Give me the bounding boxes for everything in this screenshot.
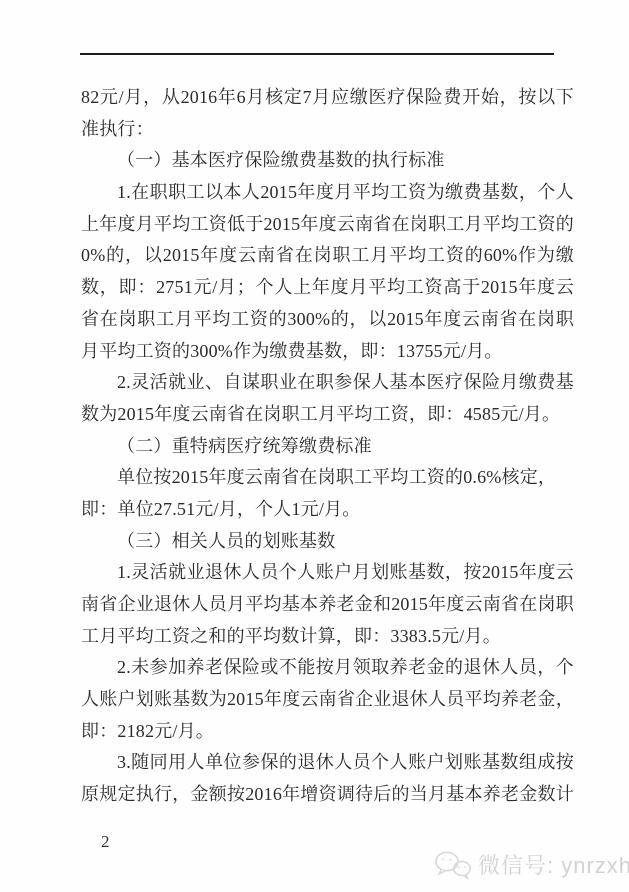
document-line: 1.在职职工以本人2015年度月平均工资为缴费基数，个人: [81, 177, 574, 209]
document-line: 即：2182元/月。: [81, 716, 574, 748]
document-line: 数为2015年度云南省在岗职工月平均工资，即：4585元/月。: [81, 399, 574, 431]
document-line: 工月平均工资之和的平均数计算，即：3383.5元/月。: [81, 621, 574, 653]
document-line: 3.随同用人单位参保的退休人员个人账户划账基数组成按: [81, 747, 574, 779]
document-line: 南省企业退休人员月平均基本养老金和2015年度云南省在岗职: [81, 589, 574, 621]
wechat-icon: [434, 850, 472, 880]
document-line: 上年度月平均工资低于2015年度云南省在岗职工月平均工资的6: [81, 209, 574, 241]
document-line: （一）基本医疗保险缴费基数的执行标准: [81, 145, 574, 177]
document-line: 原规定执行，金额按2016年增资调待后的当月基本养老金数计: [81, 779, 574, 811]
page-number: 2: [101, 832, 110, 852]
document-line: 月平均工资的300%作为缴费基数，即：13755元/月。: [81, 336, 574, 368]
document-line: 即：单位27.51元/月，个人1元/月。: [81, 494, 574, 526]
document-line: 82元/月，从2016年6月核定7月应缴医疗保险费开始，按以下标: [81, 82, 574, 114]
document-line: 人账户划账基数为2015年度云南省企业退休人员平均养老金，: [81, 684, 574, 716]
document-line: 准执行：: [81, 114, 574, 146]
watermark: 微信号: ynrzxh: [434, 849, 629, 880]
document-line: 2.灵活就业、自谋职业在职参保人基本医疗保险月缴费基: [81, 367, 574, 399]
document-line: 0%的，以2015年度云南省在岗职工月平均工资的60%作为缴费基: [81, 240, 574, 272]
document-line: 数，即：2751元/月；个人上年度月平均工资高于2015年度云南: [81, 272, 574, 304]
document-line: 省在岗职工月平均工资的300%的，以2015年度云南省在岗职工: [81, 304, 574, 336]
document-line: （二）重特病医疗统筹缴费标准: [81, 431, 574, 463]
document-page: 82元/月，从2016年6月核定7月应缴医疗保险费开始，按以下标准执行：（一）基…: [0, 0, 629, 892]
watermark-label: 微信号: ynrzxh: [478, 849, 629, 880]
header-rule: [80, 53, 554, 55]
document-line: 2.未参加养老保险或不能按月领取养老金的退休人员，个: [81, 652, 574, 684]
document-line: 1.灵活就业退休人员个人账户月划账基数，按2015年度云: [81, 557, 574, 589]
document-body: 82元/月，从2016年6月核定7月应缴医疗保险费开始，按以下标准执行：（一）基…: [81, 82, 574, 811]
document-line: （三）相关人员的划账基数: [81, 526, 574, 558]
document-line: 单位按2015年度云南省在岗职工平均工资的0.6%核定，: [81, 462, 574, 494]
